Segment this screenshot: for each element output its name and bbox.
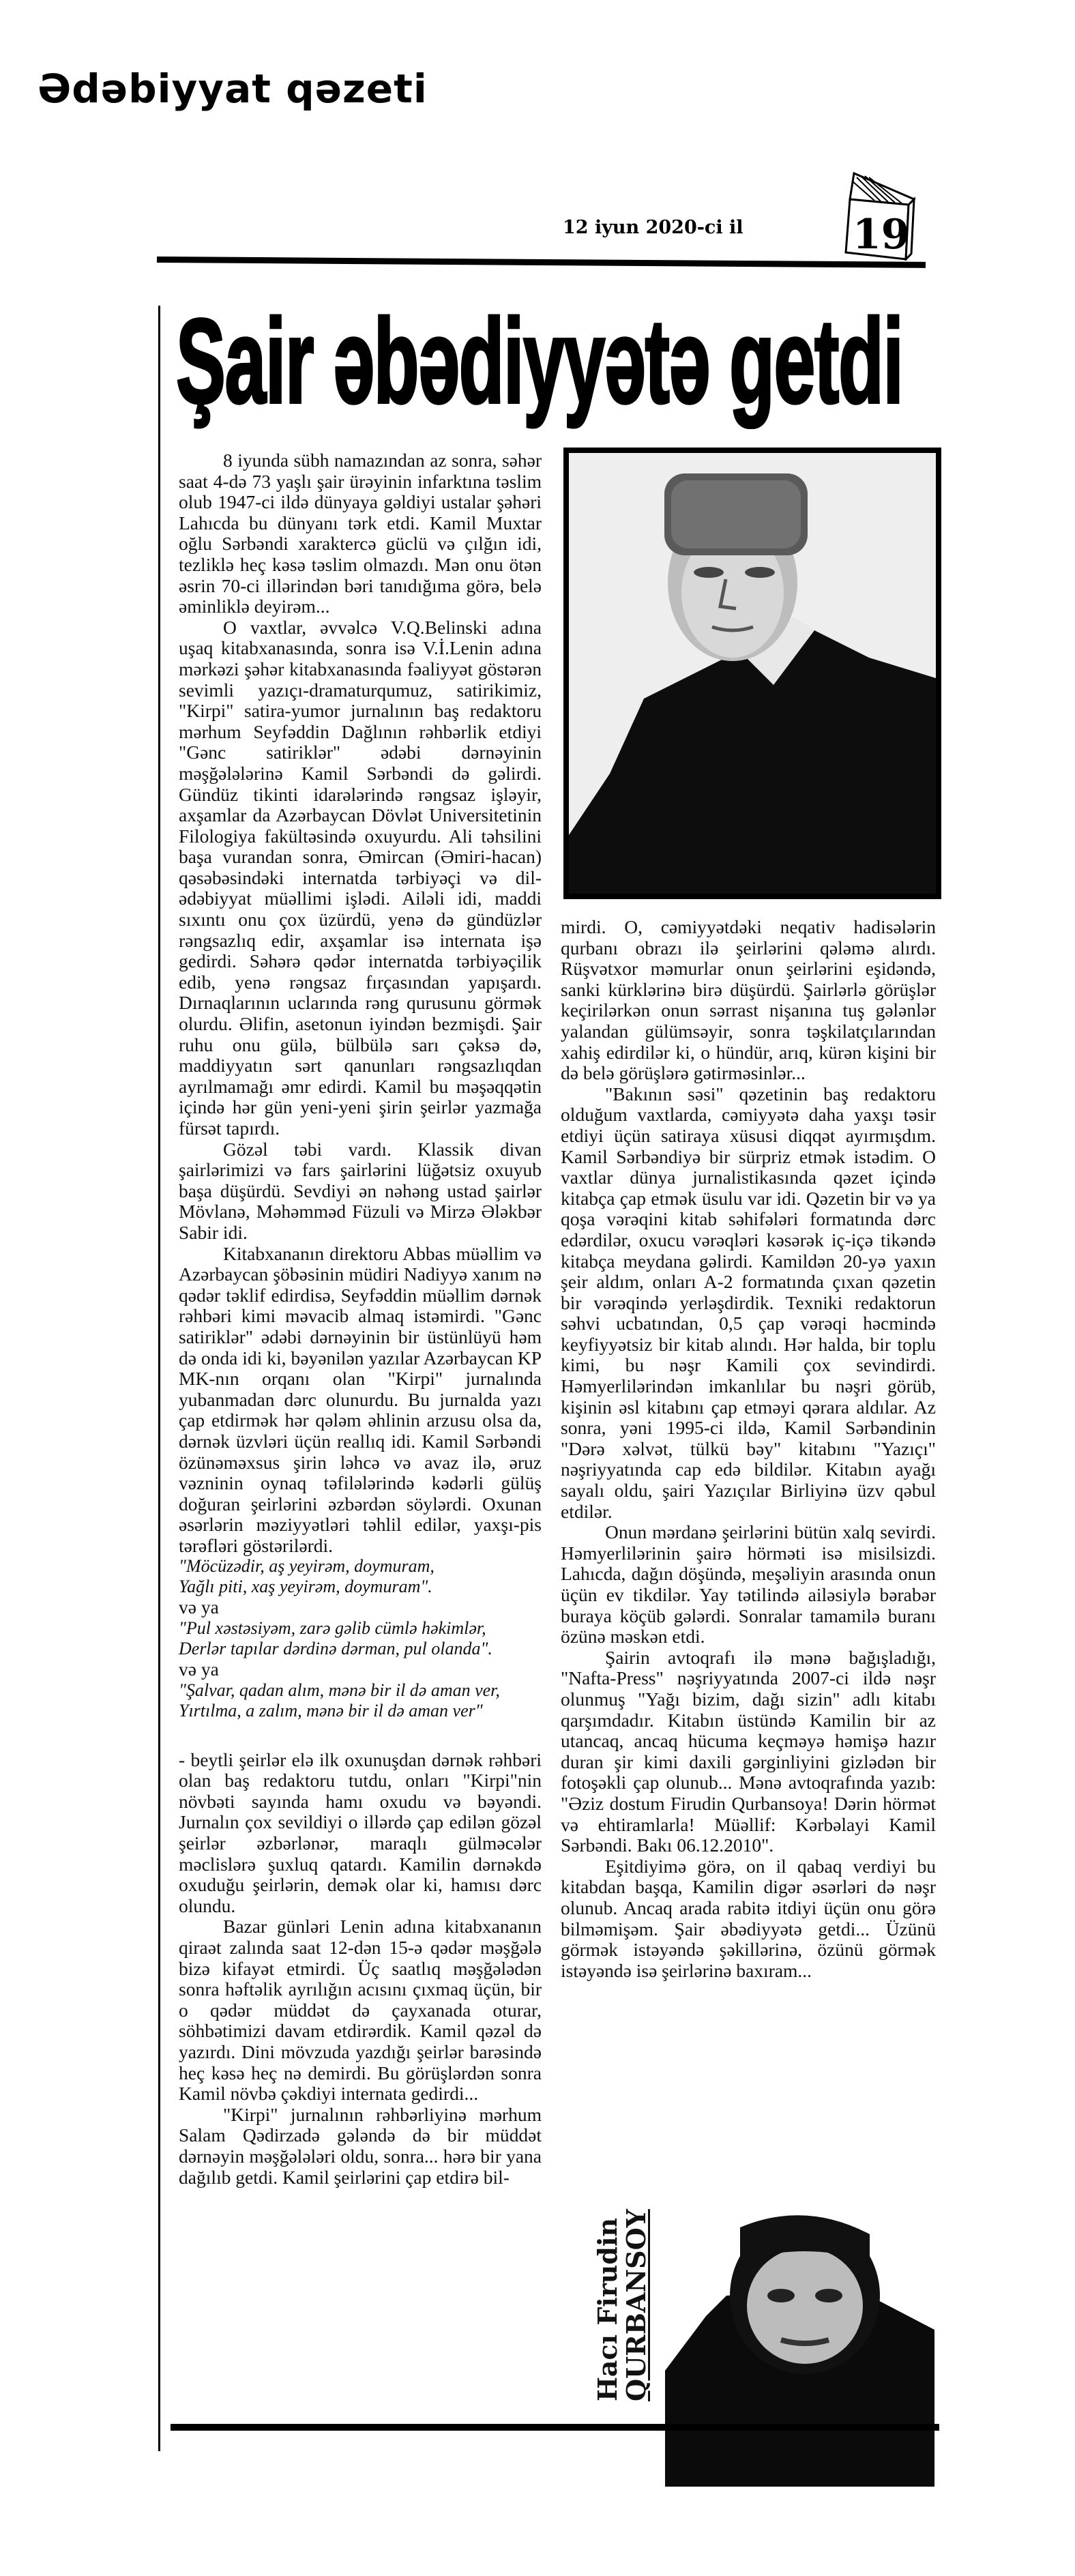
issue-date: 12 iyun 2020-ci il (563, 217, 743, 238)
verse-connector: və ya (179, 1659, 542, 1680)
paragraph: Eşitdiyimə görə, on il qabaq verdiyi bu … (561, 1856, 936, 1982)
verse-line: Yırtılma, a zalım, mənə bir il də aman v… (179, 1701, 483, 1721)
paragraph: 8 iyunda sübh namazından az sonra, səhər… (179, 450, 542, 617)
paragraph: "Kirpi" jurnalının rəhbərliyinə mərhum S… (179, 2105, 542, 2188)
page-number: 19 (853, 211, 910, 259)
poet-photo (563, 448, 941, 899)
paragraph: Gözəl təbi vardı. Klassik divan şairləri… (179, 1139, 542, 1244)
paragraph: mirdi. O, cəmiyyətdəki neqativ hadisələr… (561, 917, 936, 1084)
verse-line: "Pul xəstəsiyəm, zarə gəlib cümlə həkiml… (179, 1618, 486, 1638)
page-number-badge: 19 (840, 172, 922, 261)
verse-line: Yağlı piti, xaş yeyirəm, doymuram". (179, 1577, 432, 1596)
paragraph: - beytli şeirlər elə ilk oxunuşdan dərnə… (179, 1750, 542, 1917)
paragraph: Bazar günləri Lenin adına kitabxananın q… (179, 1916, 542, 2104)
paragraph: Şairin avtoqrafı ilə mənə bağışladığı, "… (561, 1648, 936, 1856)
article-column-right: mirdi. O, cəmiyyətdəki neqativ hadisələr… (561, 917, 936, 1981)
paragraph: Kitabxananın direktoru Abbas müəllim və … (179, 1244, 542, 1557)
open-book-icon: 19 (840, 172, 922, 261)
header-rule (157, 257, 926, 268)
author-portrait-image (665, 2214, 934, 2487)
verse-quote: "Şalvar, qadan alım, mənə bir il də aman… (179, 1680, 542, 1721)
article-headline: Şair əbədiyyətə getdi (176, 293, 646, 430)
author-byline: Hacı Firudin QURBANSOY (593, 2115, 655, 2401)
article-bottom-rule (171, 2424, 939, 2431)
verse-line: "Şalvar, qadan alım, mənə bir il də aman… (179, 1680, 500, 1700)
author-photo (665, 2214, 934, 2487)
verse-connector: və ya (179, 1597, 542, 1618)
verse-line: "Möcüzədir, aş yeyirəm, doymuram, (179, 1556, 435, 1576)
portrait-image (569, 453, 936, 894)
paragraph: "Bakının səsi" qəzetinin baş redaktoru o… (561, 1084, 936, 1522)
verse-line: Derlər tapılar dərdinə dərman, pul oland… (179, 1639, 492, 1658)
author-surname: QURBANSOY (622, 2115, 651, 2401)
verse-quote: "Möcüzədir, aş yeyirəm, doymuram, Yağlı … (179, 1556, 542, 1597)
article-left-border (158, 306, 160, 2451)
paragraph: Onun mərdanə şeirlərini bütün xalq sevir… (561, 1522, 936, 1648)
newspaper-masthead: Ədəbiyyat qəzeti (38, 65, 428, 112)
author-first-name: Hacı Firudin (593, 2115, 622, 2401)
verse-quote: "Pul xəstəsiyəm, zarə gəlib cümlə həkiml… (179, 1618, 542, 1659)
paragraph: O vaxtlar, əvvəlcə V.Q.Belinski adına uş… (179, 617, 542, 1139)
article-column-left: 8 iyunda sübh namazından az sonra, səhər… (179, 450, 542, 2188)
